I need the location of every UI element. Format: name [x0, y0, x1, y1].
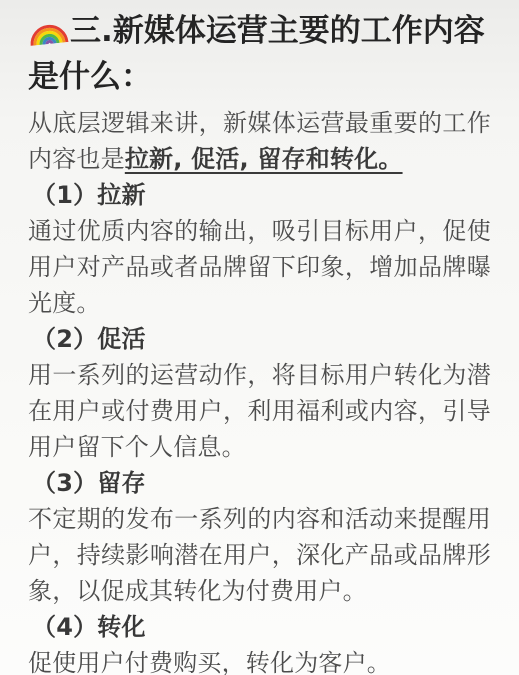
page-title: 三.新媒体运营主要的工作内容是什么：	[28, 8, 491, 100]
section-heading: （3）留存	[28, 465, 491, 501]
section-laxin: （1）拉新 通过优质内容的输出，吸引目标用户，促使用户对产品或者品牌留下印象，增…	[28, 177, 491, 321]
section-body: 促使用户付费购买，转化为客户。	[28, 645, 491, 675]
page-title-text: 三.新媒体运营主要的工作内容是什么：	[28, 13, 485, 95]
section-heading: （4）转化	[28, 609, 491, 645]
section-cuohuo: （2）促活 用一系列的运营动作，将目标用户转化为潜在用户或付费用户，利用福利或内…	[28, 321, 491, 465]
rainbow-icon	[28, 14, 68, 44]
section-body: 用一系列的运营动作，将目标用户转化为潜在用户或付费用户，利用福利或内容，引导用户…	[28, 357, 491, 465]
section-heading: （2）促活	[28, 321, 491, 357]
section-body: 不定期的发布一系列的内容和活动来提醒用户，持续影响潜在用户，深化产品或品牌形象，…	[28, 501, 491, 609]
article-page: 三.新媒体运营主要的工作内容是什么： 从底层逻辑来讲，新媒体运营最重要的工作内容…	[0, 0, 519, 675]
intro-emphasis-text: 拉新, 促活, 留存和转化。	[125, 145, 403, 173]
section-body: 通过优质内容的输出，吸引目标用户，促使用户对产品或者品牌留下印象，增加品牌曝光度…	[28, 213, 491, 321]
section-liucun: （3）留存 不定期的发布一系列的内容和活动来提醒用户，持续影响潜在用户，深化产品…	[28, 465, 491, 609]
intro-paragraph: 从底层逻辑来讲，新媒体运营最重要的工作内容也是拉新, 促活, 留存和转化。	[28, 105, 491, 177]
section-heading: （1）拉新	[28, 177, 491, 213]
section-zhuanhua: （4）转化 促使用户付费购买，转化为客户。	[28, 609, 491, 675]
